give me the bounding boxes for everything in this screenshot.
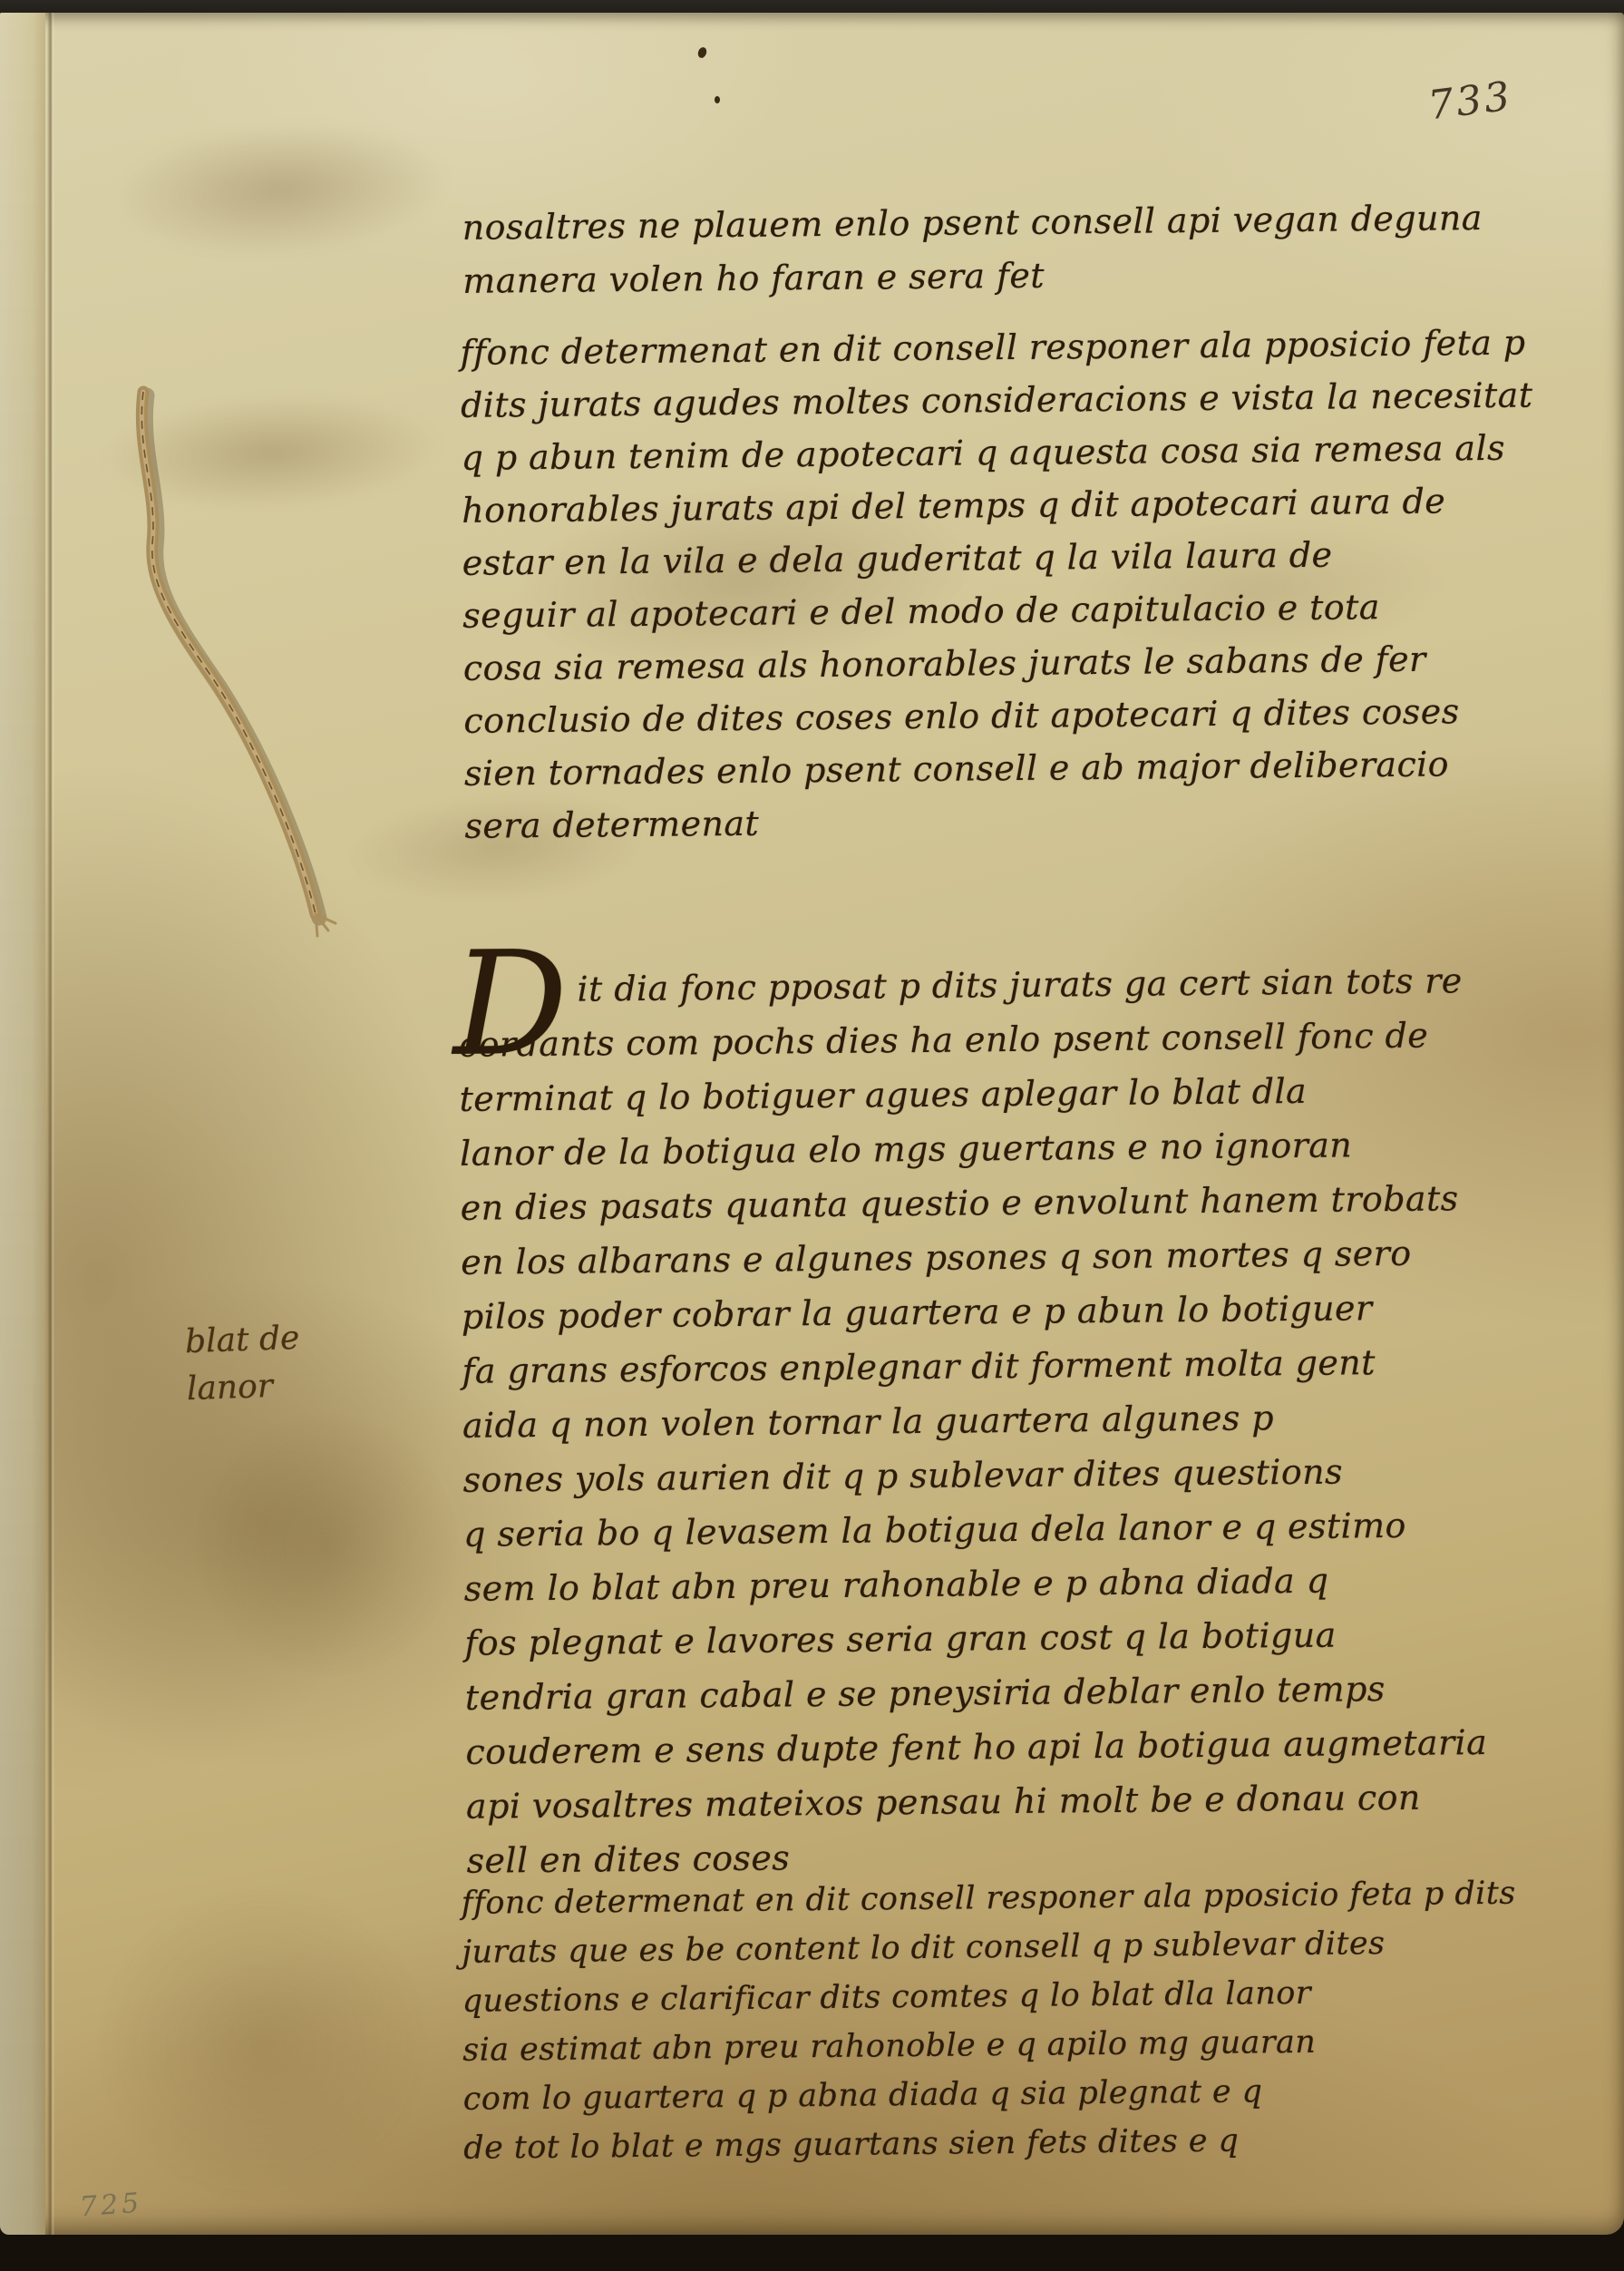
manuscript-page: nosaltres ne plauem enlo psent consell a… [0,13,1624,2235]
margin-note: blat de lanor [184,1315,302,1413]
paragraph-4: ffonc determenat en dit consell responer… [461,1868,1565,2173]
manuscript-line: honorables jurats api del temps q dit ap… [462,473,1564,537]
ink-speck [715,96,720,103]
manuscript-line: en los albarans e algunes psones q son m… [461,1224,1563,1290]
manuscript-line: sien tornades enlo psent consell e ab ma… [464,736,1567,800]
paragraph-3: Dit dia fonc pposat p dits jurats ga cer… [458,952,1569,1888]
binding-thread [0,357,381,974]
manuscript-line: nosaltres ne plauem enlo psent consell a… [462,190,1564,255]
bleedthrough-smudge [104,110,458,269]
manuscript-line: de tot lo blat e mgs guartans sien fets … [463,2113,1565,2173]
manuscript-photo: nosaltres ne plauem enlo psent consell a… [0,0,1624,2271]
manuscript-line: manera volen ho faran e sera fet [462,244,1565,308]
binding-gutter-edge [0,13,45,2235]
manuscript-line: api vosaltres mateixos pensau hi molt be… [466,1769,1569,1834]
folio-number-ink: 733 [1425,73,1515,130]
manuscript-line: q seria bo q levasem la botigua dela lan… [463,1496,1566,1562]
bleedthrough-smudge [190,1409,462,1681]
manuscript-line: cordants com pochs dies ha enlo psent co… [459,1007,1561,1072]
manuscript-line: sera determenat [464,789,1567,853]
folio-number-pencil: 725 [79,2188,144,2224]
fold-crease [47,13,54,2235]
paragraph-2: ffonc determenat en dit consell responer… [460,316,1567,853]
margin-note-line: blat de [184,1315,300,1366]
ink-speck [696,46,708,59]
margin-note-line: lanor [186,1362,302,1413]
paragraph-1: nosaltres ne plauem enlo psent consell a… [462,190,1564,308]
bleedthrough-smudge [91,1881,435,2208]
